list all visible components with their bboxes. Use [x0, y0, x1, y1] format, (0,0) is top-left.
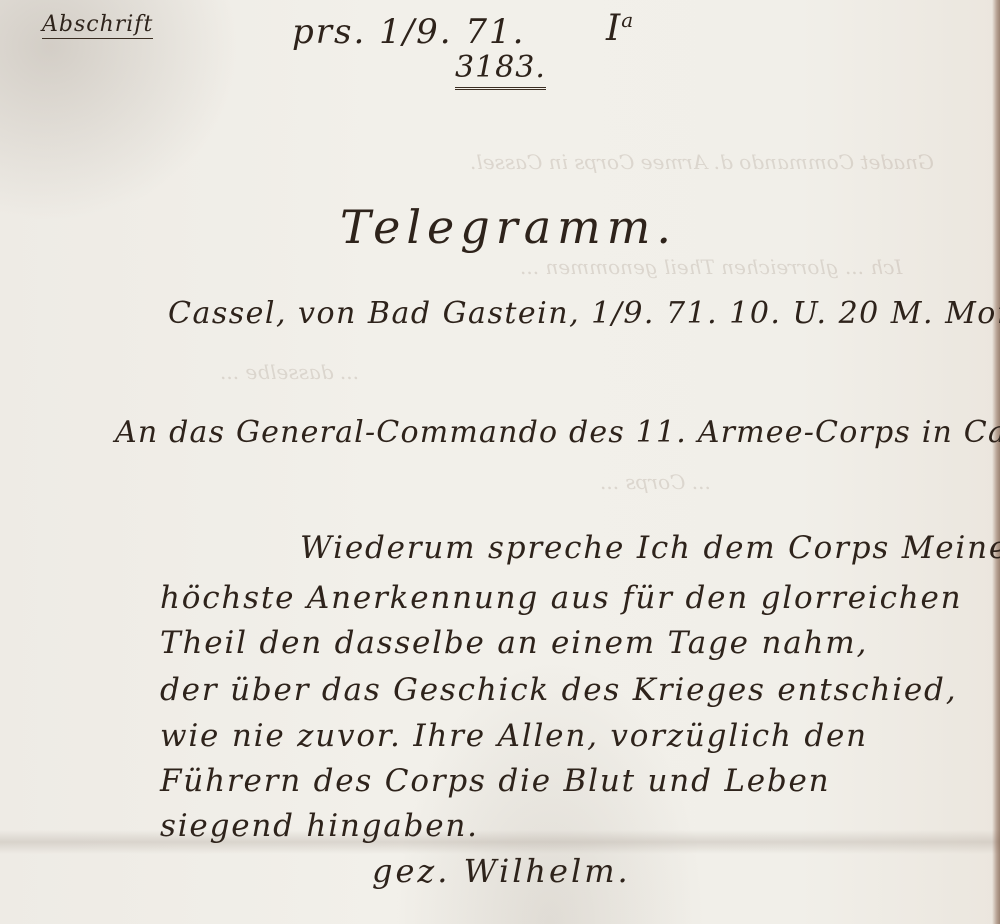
body-line: der über das Geschick des Krieges entsch… — [160, 672, 957, 708]
document-title: Telegramm. — [340, 200, 677, 254]
journal-number: 3183. — [455, 50, 546, 90]
body-line: Führern des Corps die Blut und Leben — [160, 763, 830, 799]
bleed-through-text: ... Corps ... — [600, 470, 711, 494]
copy-label: Abschrift — [42, 12, 153, 39]
reference-mark: Ia — [606, 8, 634, 49]
bleed-through-text: Ich ... glorreichen Theil genommen ... — [520, 255, 902, 279]
signature: gez. Wilhelm. — [372, 852, 631, 890]
body-line: Wiederum spreche Ich dem Corps Meine — [300, 530, 1000, 566]
bleed-through-text: ... dasselbe ... — [220, 360, 359, 384]
body-line: wie nie zuvor. Ihre Allen, vorzüglich de… — [160, 718, 868, 754]
bleed-through-text: Gnadet Commando d. Armee Corps in Cassel… — [470, 150, 934, 174]
received-date: prs. 1/9. 71. — [292, 12, 526, 52]
reference-mark-main: I — [606, 8, 621, 49]
addressee-line: An das General-Commando des 11. Armee-Co… — [115, 415, 1000, 450]
paper-fold — [0, 830, 1000, 854]
body-line: Theil den dasselbe an einem Tage nahm, — [160, 625, 868, 661]
body-line: siegend hingaben. — [160, 808, 479, 844]
reference-mark-sup: a — [621, 8, 634, 32]
document-page: Gnadet Commando d. Armee Corps in Cassel… — [0, 0, 1000, 924]
origin-line: Cassel, von Bad Gastein, 1/9. 71. 10. U.… — [168, 296, 1000, 331]
body-line: höchste Anerkennung aus für den glorreic… — [160, 580, 962, 616]
paper-edge-stain — [992, 0, 1000, 924]
